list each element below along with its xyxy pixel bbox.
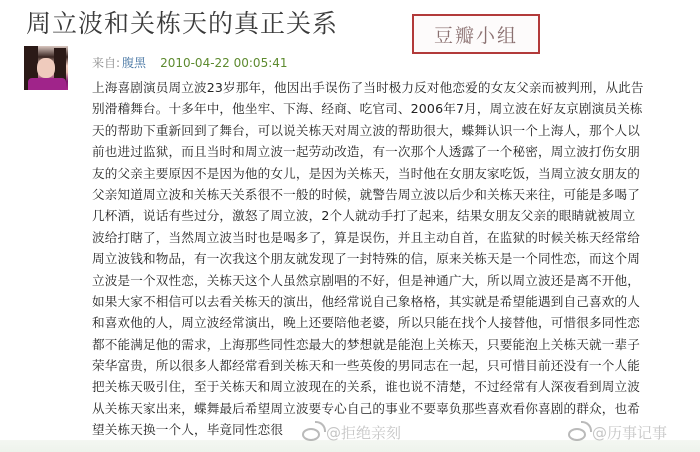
- article-line: 立波是一个双性恋，关栋天这个人虽然京剧唱的不好，但是神通广大，所以周立波还是离不…: [92, 270, 668, 291]
- watermark-left: @拒绝亲刻: [302, 422, 401, 443]
- article-line: 天的帮助下重新回到了舞台，可以说关栋天对周立波的帮助很大，蝶舞认识一个上海人，那…: [92, 120, 668, 141]
- article-line: 上海喜剧演员周立波23岁那年，他因出手误伤了当时极力反对他恋爱的女友父亲而被判刑…: [92, 77, 668, 98]
- post-title: 周立波和关栋天的真正关系: [26, 4, 338, 40]
- weibo-icon: [568, 425, 588, 441]
- avatar-face: [37, 58, 55, 78]
- post-timestamp: 2010-04-22 00:05:41: [160, 56, 287, 70]
- article-body: 上海喜剧演员周立波23岁那年，他因出手误伤了当时极力反对他恋爱的女友父亲而被判刑…: [92, 77, 668, 441]
- group-stamp: 豆瓣小组: [412, 14, 540, 54]
- avatar-scarf: [28, 78, 66, 90]
- avatar[interactable]: [24, 46, 68, 90]
- article-line: 如果大家不相信可以去看关栋天的演出，他经常说自己象格格，其实就是希望能遇到自己喜…: [92, 291, 668, 312]
- weibo-icon: [302, 425, 322, 441]
- post-meta: 来自:腹黑2010-04-22 00:05:41: [92, 54, 288, 71]
- author-link[interactable]: 腹黑: [122, 56, 146, 70]
- article-line: 和喜欢他的人，周立波经常演出，晚上还要陪他老婆，所以只能在找个人接替他，可惜很多…: [92, 312, 668, 333]
- watermark-text: @拒绝亲刻: [326, 422, 401, 443]
- article-line: 几杯酒，说话有些过分，激怒了周立波，2个人就动手打了起来，结果女朋友父亲的眼睛就…: [92, 205, 668, 226]
- article-line: 荣华富贵，所以很多人都经常看到关栋天和一些英俊的男同志在一起，只可惜目前还没有一…: [92, 355, 668, 376]
- from-label: 来自:: [92, 56, 120, 70]
- article-line: 从关栋天家出来，蝶舞最后希望周立波要专心自己的事业不要辜负那些喜欢看你喜剧的群众…: [92, 398, 668, 419]
- article-line: 都不能满足他的需求，上海那些同性恋最大的梦想就是能泡上关栋天，只要能泡上关栋天就…: [92, 334, 668, 355]
- watermark-right: @历事记事: [568, 422, 667, 443]
- article-line: 周立波钱和物品，有一次我这个朋友就发现了一封特殊的信，原来关栋天是一个同性恋，而…: [92, 248, 668, 269]
- article-line: 前也进过监狱，而且当时和周立波一起劳动改造，有一次那个人透露了一个秘密，周立波打…: [92, 141, 668, 162]
- watermark-text: @历事记事: [592, 422, 667, 443]
- article-line: 波给打瞎了，当然周立波当时也是喝多了，算是误伤，并且主动自首，在监狱的时候关栋天…: [92, 227, 668, 248]
- article-line: 友的父亲主要原因不是因为他的女儿，是因为关栋天，当时他在女朋友家吃饭，当周立波女…: [92, 163, 668, 184]
- article-line: 父亲知道周立波和关栋天关系很不一般的时候，就警告周立波以后少和关栋天来往，可能是…: [92, 184, 668, 205]
- article-line: 别滑稽舞台。十多年中，他坐牢、下海、经商、吃官司、2006年7月，周立波在好友京…: [92, 98, 668, 119]
- article-line: 把关栋天吸引住，至于关栋天和周立波现在的关系，谁也说不清楚，不过经常有人深夜看到…: [92, 376, 668, 397]
